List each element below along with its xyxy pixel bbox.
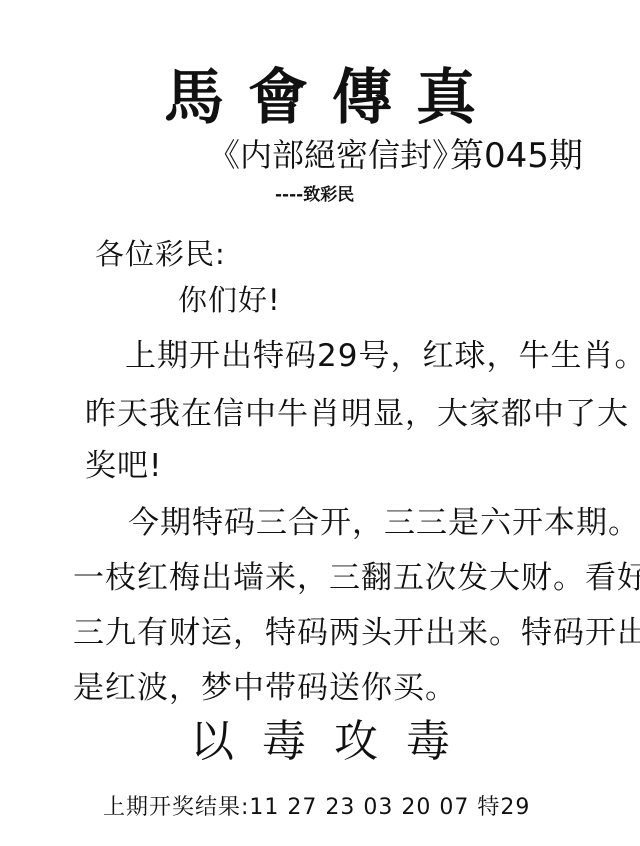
document-title: 馬會傳真 — [0, 50, 640, 136]
letter-line: 奖吧! — [85, 440, 162, 485]
letter-line: 今期特码三合开，三三是六开本期。 — [128, 497, 640, 542]
letter-line: 昨天我在信中牛肖明显，大家都中了大 — [85, 388, 629, 433]
issue-number: 第045期 — [450, 128, 583, 177]
greeting: 你们好! — [178, 278, 281, 319]
motto: 以毒攻毒 — [0, 705, 640, 769]
salutation: 各位彩民: — [95, 232, 226, 273]
addressee: ----致彩民 — [275, 180, 354, 205]
document-subtitle: 《内部絕密信封》 — [208, 130, 464, 176]
letter-line: 是红波，梦中带码送你买。 — [73, 662, 457, 707]
previous-results: 上期开奖结果:11 27 23 03 20 07 特29 — [103, 790, 530, 821]
letter-line: 三九有财运，特码两头开出来。特码开出 — [73, 607, 640, 652]
letter-line: 上期开出特码29号，红球，牛生肖。 — [125, 330, 640, 375]
letter-line: 一枝红梅出墙来，三翻五次发大财。看好 — [73, 552, 640, 597]
